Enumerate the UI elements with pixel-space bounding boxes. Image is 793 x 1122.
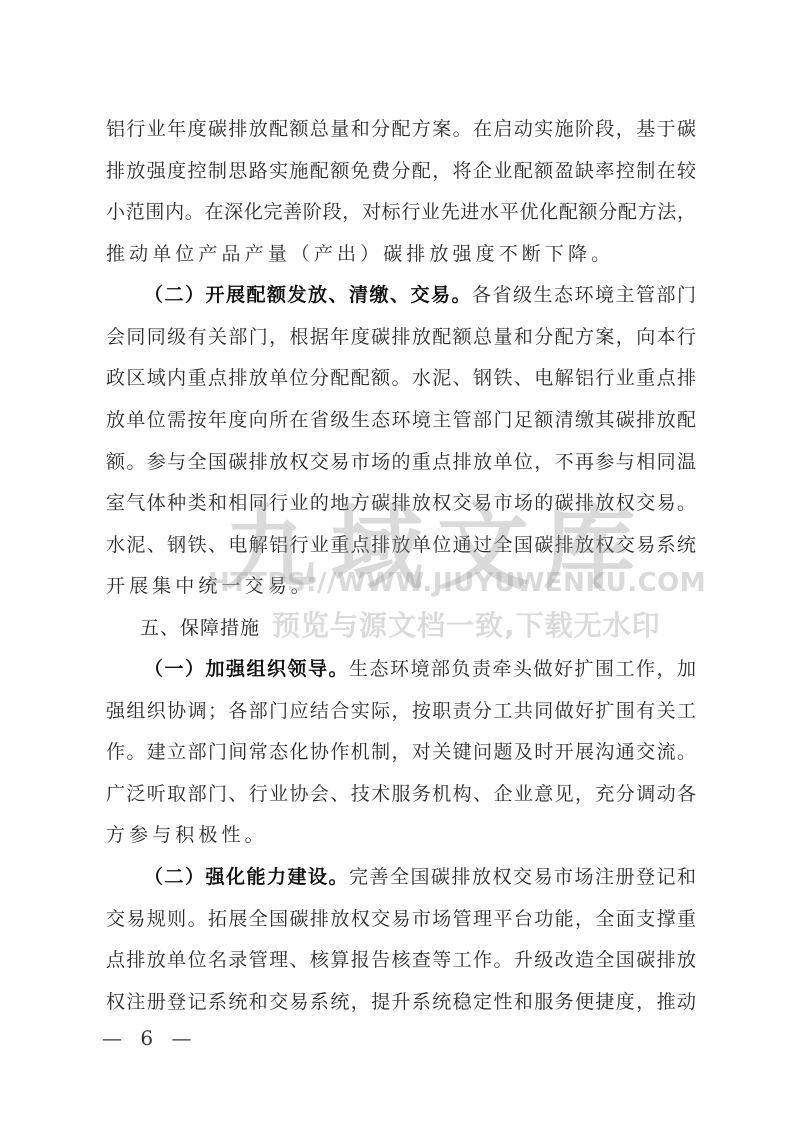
paragraph-line: 会同同级有关部门，根据年度碳排放配额总量和分配方案，向本行 (106, 325, 696, 349)
paragraph-line: 强组织协调；各部门应结合实际，按职责分工共同做好扩围有关工 (106, 699, 696, 723)
paragraph-line: 开展集中统一交易。 (106, 574, 696, 598)
paragraph-line: 交易规则。拓展全国碳排放权交易市场管理平台功能，全面支撑重 (106, 907, 696, 931)
subsection-first-line: （二）开展配额发放、清缴、交易。各省级生态环境主管部门 (144, 283, 696, 307)
paragraph-line: 额。参与全国碳排放权交易市场的重点排放单位，不再参与相同温 (106, 450, 696, 474)
subsection-text: 完善全国碳排放权交易市场注册登记和 (349, 866, 696, 888)
page-number: — 6 — (102, 1026, 197, 1050)
paragraph-line: 铝行业年度碳排放配额总量和分配方案。在启动实施阶段，基于碳 (106, 117, 696, 141)
paragraph-line: 方参与积极性。 (106, 823, 696, 847)
paragraph-line: 权注册登记系统和交易系统，提升系统稳定性和服务便捷度，推动 (106, 990, 696, 1014)
paragraph-line: 室气体种类和相同行业的地方碳排放权交易市场的碳排放权交易。 (106, 491, 696, 515)
subsection-title: （一）加强组织领导。 (144, 658, 349, 680)
paragraph-line: 作。建立部门间常态化协作机制，对关键问题及时开展沟通交流。 (106, 740, 696, 764)
subsection-title: （二）强化能力建设。 (144, 866, 349, 888)
paragraph-line: 点排放单位名录管理、核算报告核查等工作。升级改造全国碳排放 (106, 948, 696, 972)
subsection-first-line: （二）强化能力建设。完善全国碳排放权交易市场注册登记和 (144, 865, 696, 889)
document-page: 铝行业年度碳排放配额总量和分配方案。在启动实施阶段，基于碳 排放强度控制思路实施… (0, 0, 793, 1122)
subsection-title: （二）开展配额发放、清缴、交易。 (144, 284, 472, 306)
paragraph-line: 政区域内重点排放单位分配配额。水泥、钢铁、电解铝行业重点排 (106, 366, 696, 390)
paragraph-line: 广泛听取部门、行业协会、技术服务机构、企业意见，充分调动各 (106, 782, 696, 806)
subsection-first-line: （一）加强组织领导。生态环境部负责牵头做好扩围工作，加 (144, 657, 696, 681)
paragraph-line: 排放强度控制思路实施配额免费分配，将企业配额盈缺率控制在较 (106, 159, 696, 183)
paragraph-line: 水泥、钢铁、电解铝行业重点排放单位通过全国碳排放权交易系统 (106, 533, 696, 557)
subsection-text: 各省级生态环境主管部门 (472, 284, 696, 306)
section-heading: 五、保障措施 (140, 616, 730, 640)
paragraph-line: 推动单位产品产量（产出）碳排放强度不断下降。 (106, 242, 696, 266)
subsection-text: 生态环境部负责牵头做好扩围工作，加 (349, 658, 696, 680)
paragraph-line: 小范围内。在深化完善阶段，对标行业先进水平优化配额分配方法， (106, 200, 696, 224)
paragraph-line: 放单位需按年度向所在省级生态环境主管部门足额清缴其碳排放配 (106, 408, 696, 432)
